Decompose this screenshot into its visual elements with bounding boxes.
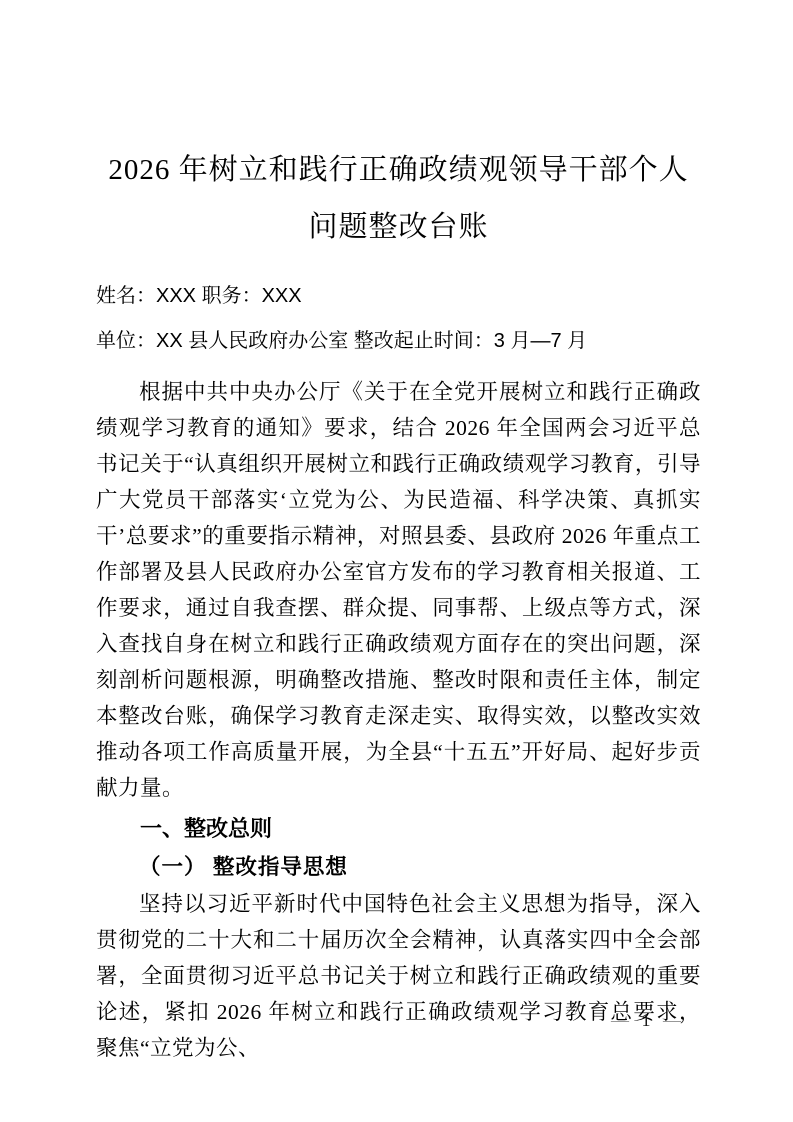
page-number-dash-right: — bbox=[663, 1010, 681, 1030]
document-title-line-2: 问题整改台账 bbox=[96, 199, 701, 256]
meta-block: 姓名：XXX 职务：XXX 单位：XX 县人民政府办公室 整改起止时间：3 月—… bbox=[96, 274, 701, 364]
document-title: 2026 年树立和践行正确政绩观领导干部个人 问题整改台账 bbox=[96, 142, 701, 256]
section-1-1-heading: （一） 整改指导思想 bbox=[96, 848, 701, 886]
page-footer: — 1 — bbox=[611, 1008, 681, 1032]
document-title-line-1: 2026 年树立和践行正确政绩观领导干部个人 bbox=[96, 142, 701, 199]
meta-unit-period-line: 单位：XX 县人民政府办公室 整改起止时间：3 月—7 月 bbox=[96, 319, 701, 364]
section-1-heading: 一、整改总则 bbox=[96, 810, 701, 848]
page-number-dash-left: — bbox=[611, 1010, 629, 1030]
guiding-thought-paragraph: 坚持以习近平新时代中国特色社会主义思想为指导，深入贯彻党的二十大和二十届历次全会… bbox=[96, 886, 701, 1066]
page-number: 1 bbox=[634, 1010, 659, 1030]
intro-paragraph: 根据中共中央办公厅《关于在全党开展树立和践行正确政绩观学习教育的通知》要求，结合… bbox=[96, 374, 701, 806]
meta-name-position-line: 姓名：XXX 职务：XXX bbox=[96, 274, 701, 319]
document-page: 2026 年树立和践行正确政绩观领导干部个人 问题整改台账 姓名：XXX 职务：… bbox=[0, 0, 793, 1122]
